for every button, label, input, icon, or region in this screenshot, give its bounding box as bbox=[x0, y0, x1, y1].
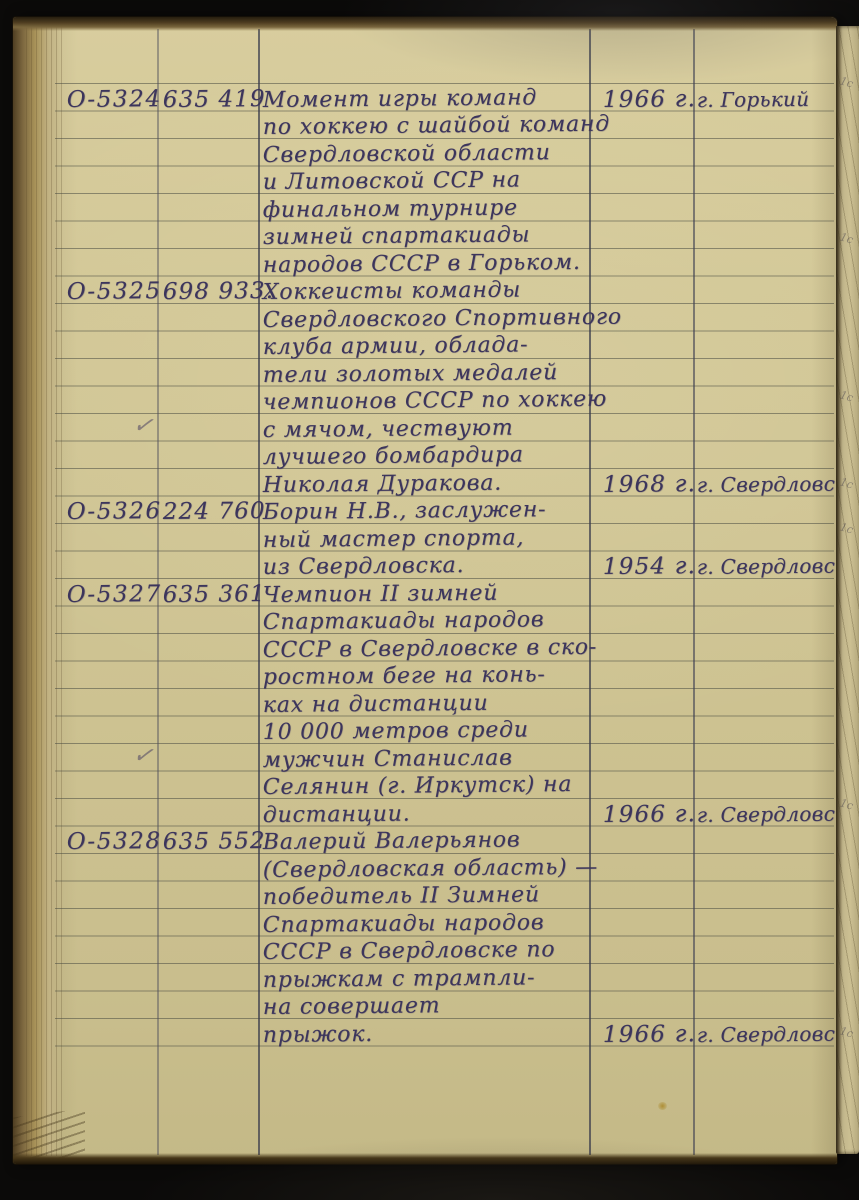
negative-number: 635 419 bbox=[163, 85, 266, 115]
description-line: Свердловского Спортивного bbox=[263, 302, 622, 334]
description-line: и Литовской ССР на bbox=[263, 166, 521, 197]
page-bottom-edge bbox=[13, 1153, 837, 1164]
fore-edge-page-stack bbox=[836, 26, 859, 1154]
description-line: зимней спартакиады bbox=[263, 220, 531, 252]
description-line: народов СССР в Горьком. bbox=[263, 247, 581, 279]
description-line: Валерий Валерьянов bbox=[263, 826, 521, 857]
negative-number: 635 552 bbox=[163, 827, 266, 857]
description-line: ках на дистанции bbox=[263, 688, 489, 719]
description-line: Хоккеисты команды bbox=[263, 276, 521, 307]
place-value: г. Свердловск bbox=[697, 552, 837, 582]
description-line: из Свердловска. bbox=[263, 551, 465, 582]
year-value: 1966 г. bbox=[603, 800, 696, 830]
description-line: с мячом, чествуют bbox=[263, 413, 514, 444]
description-line: Николая Дуракова. bbox=[263, 468, 502, 499]
description-line: (Свердловская область) — bbox=[263, 852, 598, 884]
description-line: Чемпион II зимней bbox=[263, 578, 499, 609]
description-line: прыжок. bbox=[263, 1019, 373, 1049]
pen-checkmark: ✓ bbox=[131, 409, 155, 440]
description-line: Борин Н.В., заслужен- bbox=[263, 495, 547, 527]
place-value: г. Свердловск bbox=[697, 469, 837, 499]
description-line: прыжкам с трампли- bbox=[263, 963, 536, 995]
ledger-page: О-5324635 419Момент игры командпо хоккею… bbox=[13, 17, 837, 1164]
description-line: на совершает bbox=[263, 991, 441, 1022]
place-value: г. Свердловск bbox=[697, 1019, 837, 1049]
description-line: Спартакиады народов bbox=[263, 605, 545, 637]
description-line: по хоккею с шайбой команд bbox=[263, 110, 610, 142]
description-line: Селянин (г. Иркутск) на bbox=[263, 770, 573, 802]
year-value: 1954 г. bbox=[603, 552, 696, 582]
scanned-photo-background: О-5324635 419Момент игры командпо хоккею… bbox=[0, 0, 859, 1200]
description-line: ный мастер спорта, bbox=[263, 523, 525, 555]
place-value: г. Свердловск bbox=[697, 799, 837, 829]
inventory-number: О-5324 bbox=[67, 85, 162, 115]
description-line: победитель II Зимней bbox=[263, 880, 540, 912]
inventory-number: О-5327 bbox=[67, 580, 162, 610]
description-line: мужчин Станислав bbox=[263, 743, 513, 774]
pen-checkmark: ✓ bbox=[131, 739, 155, 770]
description-line: дистанции. bbox=[263, 799, 411, 829]
description-line: ростном беге на конь- bbox=[263, 660, 546, 692]
place-value: г. Горький bbox=[697, 84, 810, 114]
year-value: 1966 г. bbox=[603, 85, 696, 115]
year-value: 1966 г. bbox=[603, 1020, 696, 1050]
description-line: клуба армии, облада- bbox=[263, 330, 529, 362]
inventory-number: О-5328 bbox=[67, 827, 162, 857]
negative-number: 635 361 bbox=[163, 580, 266, 610]
year-value: 1968 г. bbox=[603, 470, 696, 500]
description-line: лучшего бомбардира bbox=[263, 440, 524, 472]
description-line: СССР в Свердловске в ско- bbox=[263, 632, 598, 664]
column-divider-3 bbox=[589, 29, 591, 1155]
description-line: чемпионов СССР по хоккею bbox=[263, 385, 608, 417]
page-top-edge bbox=[13, 17, 837, 31]
paper-stain bbox=[658, 1102, 667, 1110]
negative-number: 224 760 bbox=[163, 497, 266, 527]
description-line: СССР в Свердловске по bbox=[263, 935, 556, 967]
column-divider-4 bbox=[693, 29, 695, 1155]
inventory-number: О-5325 bbox=[67, 277, 162, 307]
description-line: финальном турнире bbox=[263, 193, 518, 224]
description-line: Момент игры команд bbox=[263, 83, 538, 115]
inventory-number: О-5326 bbox=[67, 497, 162, 527]
negative-number: 698 933. bbox=[163, 277, 275, 307]
description-line: 10 000 метров среди bbox=[263, 715, 529, 747]
